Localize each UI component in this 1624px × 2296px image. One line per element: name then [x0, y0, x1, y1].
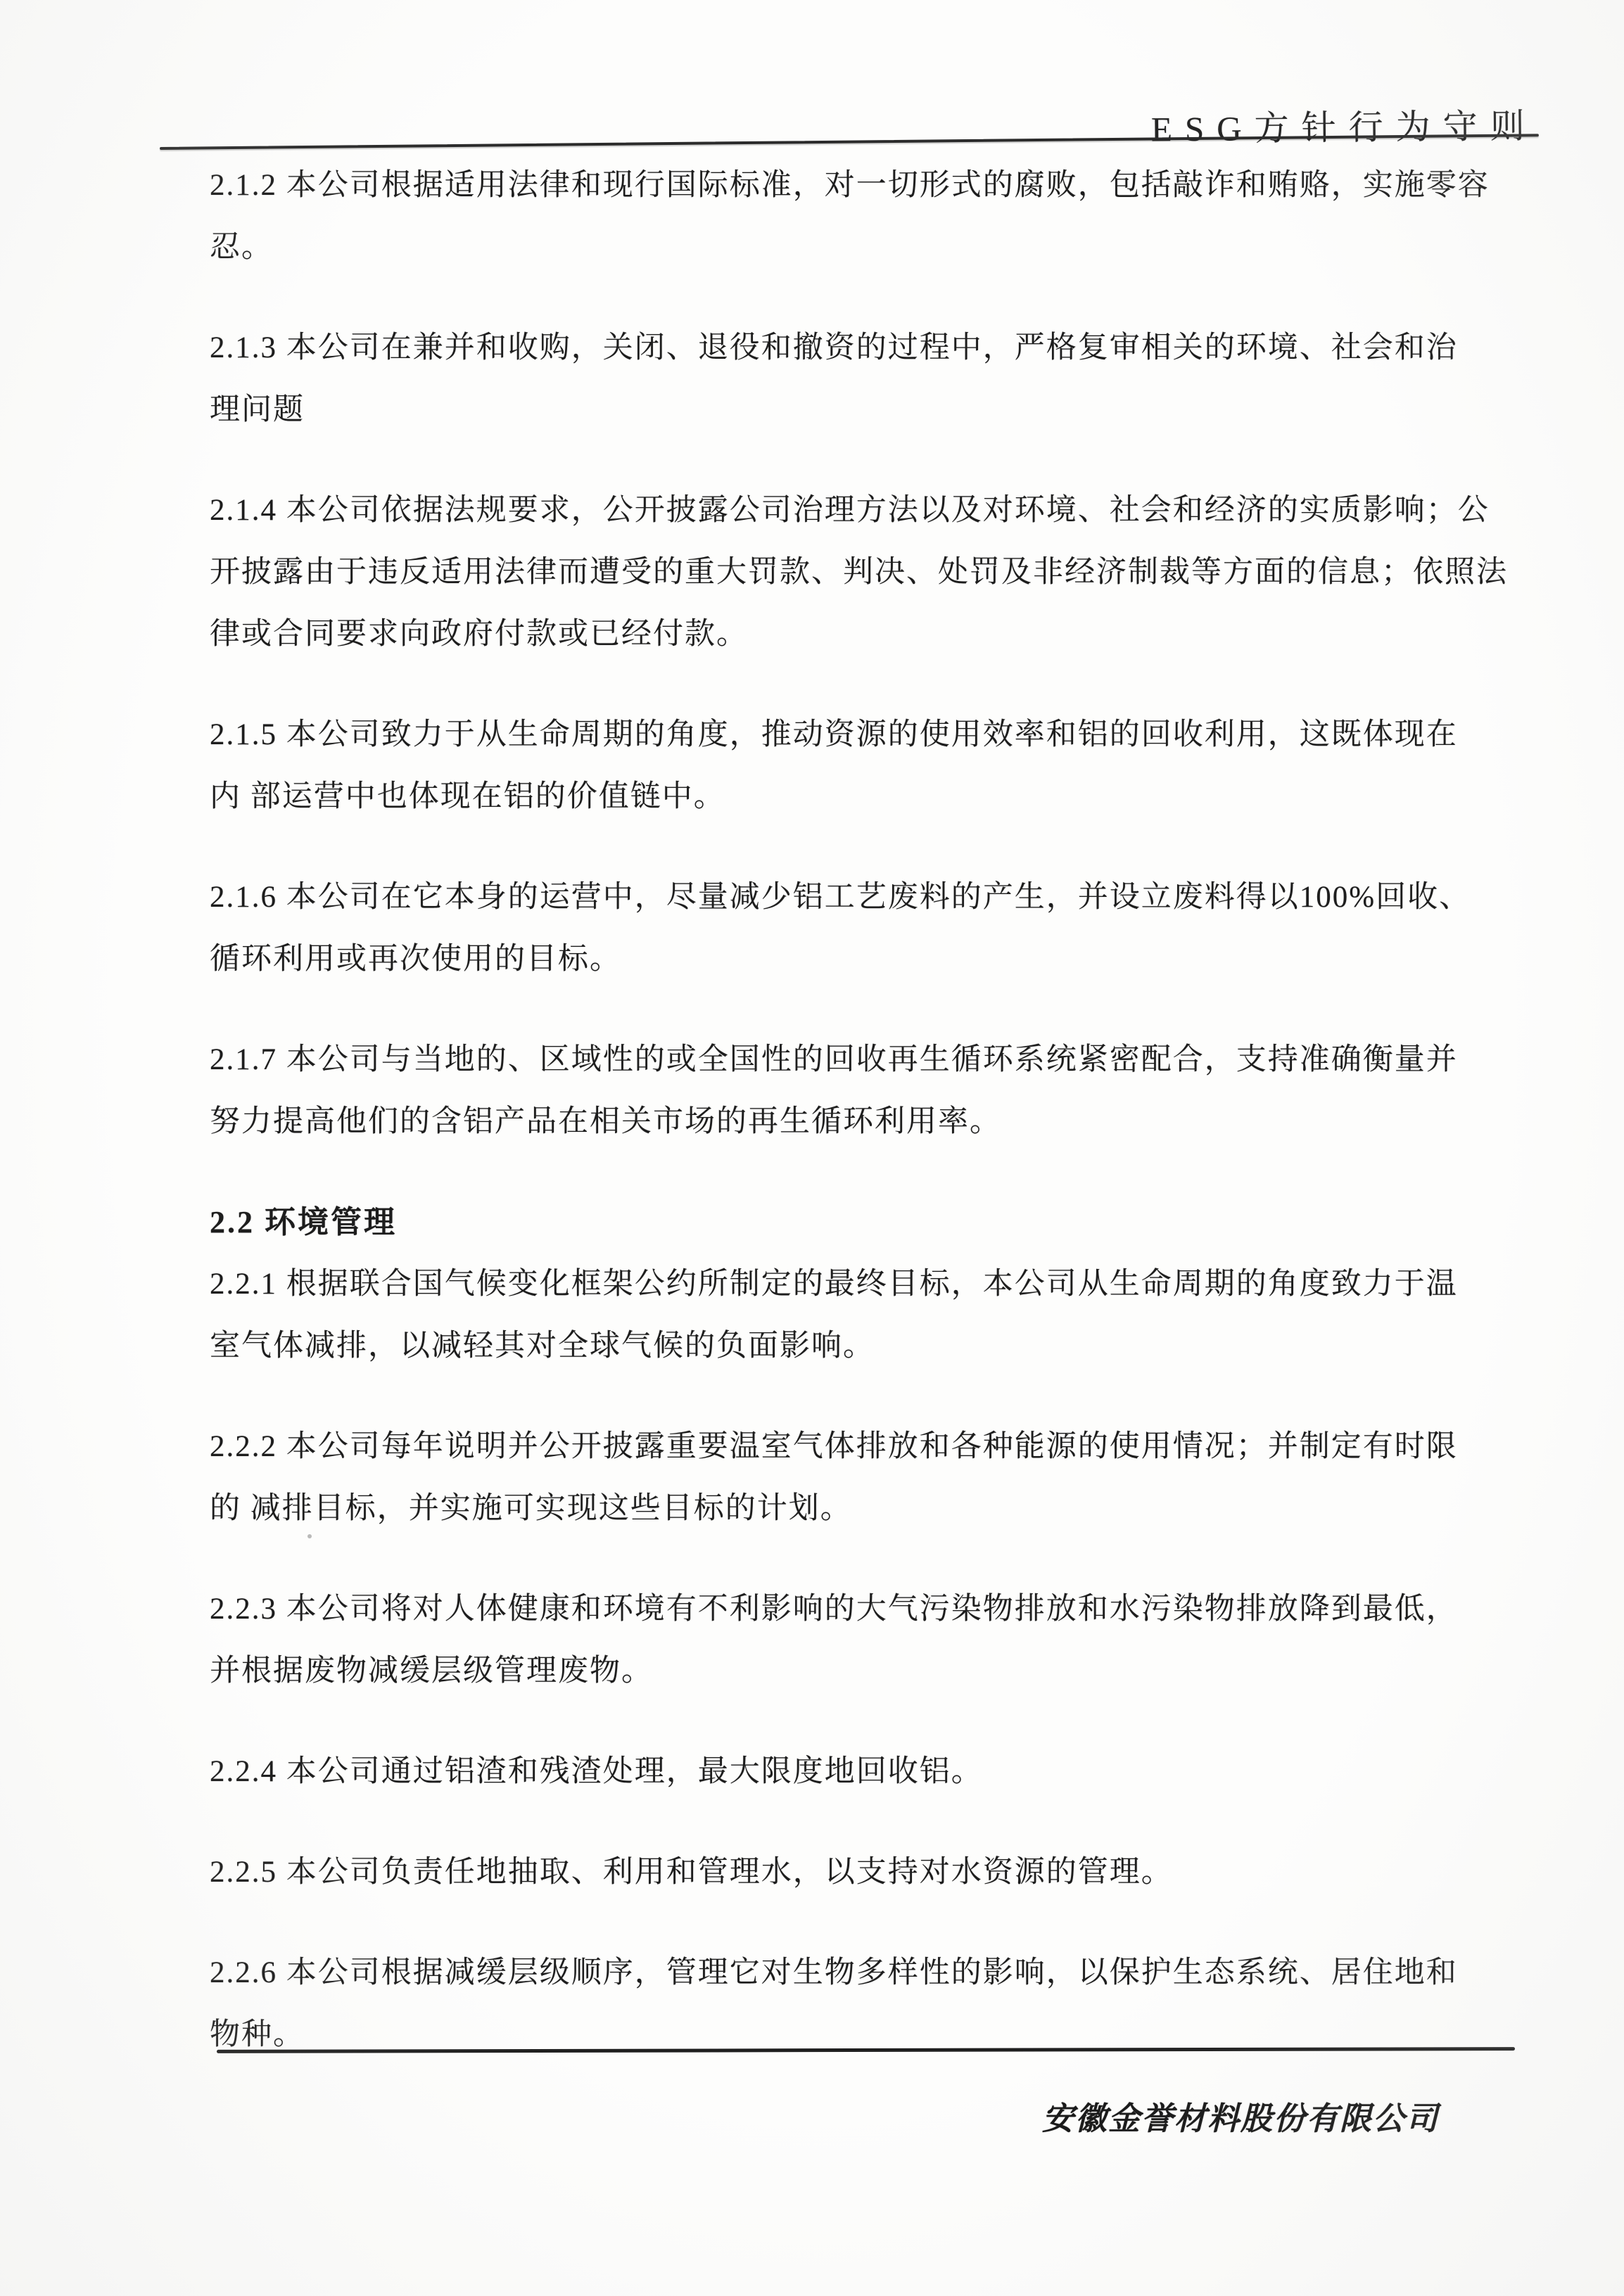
document-body: 2.1.2 本公司根据适用法律和现行国际标准，对一切形式的腐败，包括敲诈和贿赂，…	[210, 155, 1547, 2105]
paragraph-2-1-5: 2.1.5 本公司致力于从生命周期的角度，推动资源的使用效率和铝的回收利用，这既…	[210, 704, 1547, 828]
paragraph-2-2-5: 2.2.5 本公司负责任地抽取、利用和管理水，以支持对水资源的管理。	[210, 1842, 1547, 1903]
paragraph-2-1-2: 2.1.2 本公司根据适用法律和现行国际标准，对一切形式的腐败，包括敲诈和贿赂，…	[210, 155, 1547, 279]
paragraph-2-1-6: 2.1.6 本公司在它本身的运营中，尽量减少铝工艺废料的产生，并设立废料得以10…	[210, 867, 1547, 990]
paragraph-2-2-1: 2.2.1 根据联合国气候变化框架公约所制定的最终目标，本公司从生命周期的角度致…	[210, 1254, 1547, 1377]
paragraph-2-1-7: 2.1.7 本公司与当地的、区域性的或全国性的回收再生循环系统紧密配合，支持准确…	[210, 1029, 1547, 1153]
paragraph-2-1-3: 2.1.3 本公司在兼并和收购，关闭、退役和撤资的过程中，严格复审相关的环境、社…	[210, 317, 1547, 441]
paragraph-2-2-4: 2.2.4 本公司通过铝渣和残渣处理，最大限度地回收铝。	[210, 1741, 1547, 1803]
page-header-title: ESG方针行为守则	[1151, 99, 1537, 152]
paragraph-2-2-3: 2.2.3 本公司将对人体健康和环境有不利影响的大气污染物排放和水污染物排放降到…	[210, 1579, 1547, 1702]
section-heading-2-2: 2.2 环境管理	[210, 1192, 1547, 1254]
document-page: ESG方针行为守则 2.1.2 本公司根据适用法律和现行国际标准，对一切形式的腐…	[0, 0, 1624, 2296]
footer-company-name: 安徽金誉材料股份有限公司	[1042, 2093, 1439, 2138]
paragraph-2-2-2: 2.2.2 本公司每年说明并公开披露重要温室气体排放和各种能源的使用情况；并制定…	[210, 1416, 1547, 1540]
scan-artifact-speck	[307, 1534, 312, 1538]
paragraph-2-1-4: 2.1.4 本公司依据法规要求，公开披露公司治理方法以及对环境、社会和经济的实质…	[210, 480, 1547, 665]
